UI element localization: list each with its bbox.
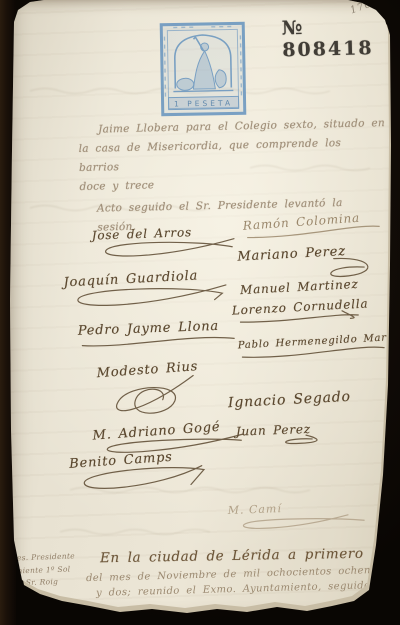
paragraph-line: y dos; reunido el Exmo. Ayuntamiento, se… xyxy=(96,580,376,599)
revenue-stamp: 1 PESETA xyxy=(159,21,247,116)
signature: Joaquín Guardiola xyxy=(63,267,235,312)
signature: Ignacio Segado xyxy=(228,389,351,411)
signature: Lorenzo Cornudella xyxy=(231,296,369,326)
margin-note: Sres. Presidente Teniente 1º Sol y el Sr… xyxy=(7,549,104,590)
document-scan: 1 PESETA № 808418 170 Jaime Llobera para… xyxy=(0,0,400,625)
faint-note-flourish xyxy=(228,512,368,533)
paragraph-line: En la ciudad de Lérida a primero xyxy=(100,546,364,567)
signature: Jose del Arros xyxy=(91,223,242,261)
signature: Modesto Rius xyxy=(96,358,219,420)
paper-page: 1 PESETA № 808418 170 Jaime Llobera para… xyxy=(0,0,400,625)
signature: Juan Perez xyxy=(236,421,327,447)
bleedthrough-squiggle xyxy=(60,527,210,537)
signature-name: Juan Perez xyxy=(236,422,311,439)
faint-note: M. Camí xyxy=(227,498,400,536)
stamp-denomination: 1 PESETA xyxy=(174,98,233,108)
folio-number: 170 xyxy=(349,0,374,16)
signature: Pedro Jayme Llona xyxy=(78,318,239,350)
signature-name: Ignacio Segado xyxy=(228,389,351,411)
serial-number-stamp: № 808418 xyxy=(281,15,392,62)
signature: Pablo Hermenegildo Martín xyxy=(238,332,400,363)
